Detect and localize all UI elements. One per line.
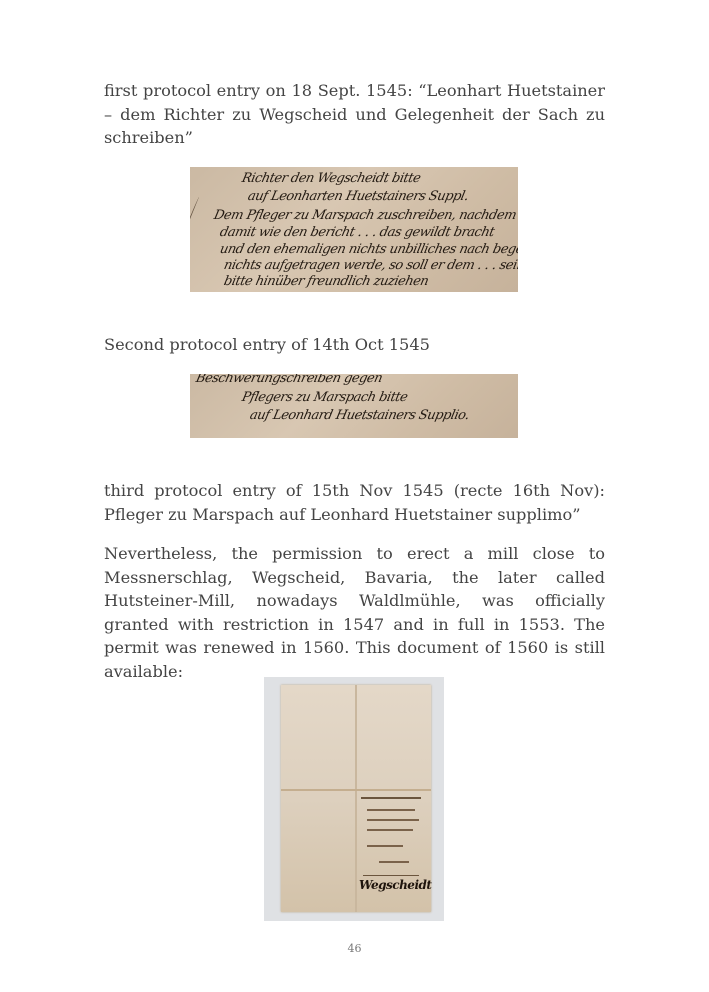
manuscript-line: Richter den Wegscheidt bitte [240, 171, 421, 186]
manuscript-line: damit wie den bericht . . . das gewildt … [218, 225, 495, 240]
manuscript-line: Dem Pfleger zu Marspach zuschreiben, nac… [212, 208, 517, 223]
document-sheet: Wegscheidt [281, 685, 431, 912]
manuscript-line: auf Leonharten Huetstainers Suppl. [246, 189, 469, 204]
second-protocol-manuscript-image: Beschwerungschreiben gegen Pflegers zu M… [190, 374, 518, 438]
page-number: 46 [0, 942, 709, 955]
manuscript-line: auf Leonhard Huetstainers Supplio. [248, 408, 470, 423]
manuscript-line: und den ehemaligen nichts unbilliches na… [218, 242, 518, 257]
document-signature: Wegscheidt [359, 878, 431, 892]
first-entry-caption: first protocol entry on 18 Sept. 1545: “… [104, 79, 605, 150]
third-entry-caption: third protocol entry of 15th Nov 1545 (r… [104, 479, 605, 526]
first-protocol-manuscript-image: Richter den Wegscheidt bitte auf Leonhar… [190, 167, 518, 292]
manuscript-line: bitte hinüber freundlich zuziehen [222, 274, 429, 289]
nevertheless-paragraph: Nevertheless, the permission to erect a … [104, 542, 605, 683]
manuscript-line: nichts aufgetragen werde, so soll er dem… [222, 258, 518, 273]
second-entry-caption: Second protocol entry of 14th Oct 1545 [104, 333, 605, 357]
document-1560-photo: Wegscheidt [264, 677, 444, 921]
manuscript-line: Pflegers zu Marspach bitte [240, 390, 408, 405]
manuscript-line: Beschwerungschreiben gegen [194, 374, 383, 386]
